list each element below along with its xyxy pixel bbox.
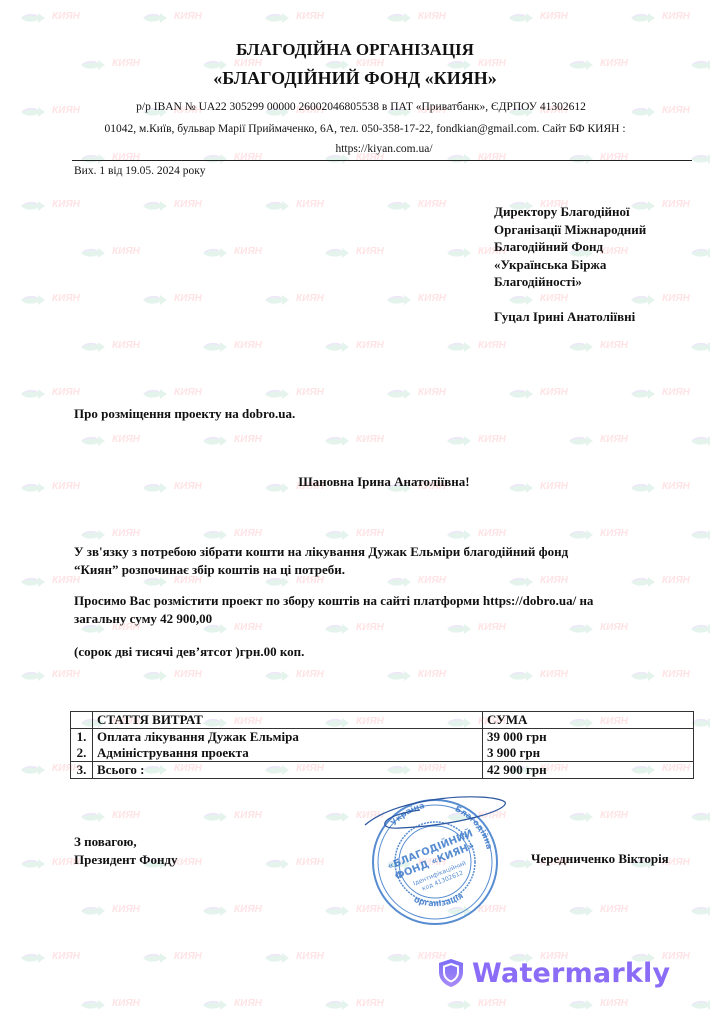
official-stamp: Україна Благодійна організація «БЛАГОДІЙ… — [360, 790, 510, 930]
website-link[interactable]: https://kiyan.com.ua/ — [0, 143, 710, 155]
table-row: 1. Оплата лікування Дужак Ельміра 39 000… — [71, 729, 694, 746]
table-header-cell — [71, 712, 93, 729]
table-row-total: 3. Всього : 42 900 грн — [71, 762, 694, 779]
org-title-line2: «БЛАГОДІЙНИЙ ФОНД «КИЯН» — [0, 68, 710, 89]
paragraph-1-line-2: “Киян” розпочинає збір коштів на ці потр… — [74, 561, 694, 579]
addressee-block: Директору Благодійної Організації Міжнар… — [494, 203, 694, 325]
addressee-line: Благодійний Фонд — [494, 238, 694, 256]
regards-text: З повагою, — [74, 833, 178, 851]
addressee-line: Директору Благодійної — [494, 203, 694, 221]
org-title-line1: БЛАГОДІЙНА ОРГАНІЗАЦІЯ — [0, 40, 710, 60]
svg-text:організація: організація — [413, 891, 465, 908]
paragraph-2-line-1: Просимо Вас розмістити проект по збору к… — [74, 592, 694, 610]
bank-details: р/р IBAN № UA22 305299 00000 26002046805… — [0, 101, 710, 113]
row-number: 1. — [71, 729, 93, 746]
stamp-ring-bottom: організація — [413, 891, 465, 908]
outgoing-reference: Вих. 1 від 19.05. 2024 року — [74, 165, 205, 177]
signer-position: Президент Фонду — [74, 851, 178, 869]
salutation: Шановна Ірина Анатоліївна! — [0, 474, 710, 490]
letter-subject: Про розміщення проекту на dobro.ua. — [74, 406, 295, 422]
row-number: 3. — [71, 762, 93, 779]
paragraph-2-line-2: загальну суму 42 900,00 — [74, 610, 694, 628]
cost-table: СТАТТЯ ВИТРАТ СУМА 1. Оплата лікування Д… — [70, 711, 694, 779]
paragraph-2: Просимо Вас розмістити проект по збору к… — [74, 592, 694, 628]
paragraph-1-line-1: У зв'язку з потребою зібрати кошти на лі… — [74, 543, 694, 561]
address-contacts: 01042, м.Київ, бульвар Марії Приймаченко… — [0, 123, 710, 135]
addressee-line: «Українська Біржа — [494, 256, 694, 274]
shield-icon — [438, 958, 464, 988]
signoff-block: З повагою, Президент Фонду — [74, 833, 178, 869]
row-item: Адміністрування проекта — [93, 745, 483, 762]
header-divider — [72, 160, 692, 161]
row-number: 2. — [71, 745, 93, 762]
addressee-line: Благодійності» — [494, 273, 694, 291]
table-header-row: СТАТТЯ ВИТРАТ СУМА — [71, 712, 694, 729]
row-amount: 42 900 грн — [483, 762, 694, 779]
signatory-name: Чередниченко Вікторія — [531, 851, 669, 867]
row-item: Всього : — [93, 762, 483, 779]
row-amount: 3 900 грн — [483, 745, 694, 762]
paragraph-1: У зв'язку з потребою зібрати кошти на лі… — [74, 543, 694, 579]
watermarkly-brand-text: Watermarkly — [472, 958, 670, 989]
addressee-line: Організації Міжнародний — [494, 221, 694, 239]
table-header-cell: СТАТТЯ ВИТРАТ — [93, 712, 483, 729]
watermarkly-logo: Watermarkly — [438, 955, 670, 991]
row-item: Оплата лікування Дужак Ельміра — [93, 729, 483, 746]
amount-in-words: (сорок дві тисячі дев’ятсот )грн.00 коп. — [74, 643, 694, 661]
table-header-cell: СУМА — [483, 712, 694, 729]
row-amount: 39 000 грн — [483, 729, 694, 746]
table-row: 2. Адміністрування проекта 3 900 грн — [71, 745, 694, 762]
addressee-name: Гуцал Ірині Анатоліївні — [494, 308, 694, 326]
